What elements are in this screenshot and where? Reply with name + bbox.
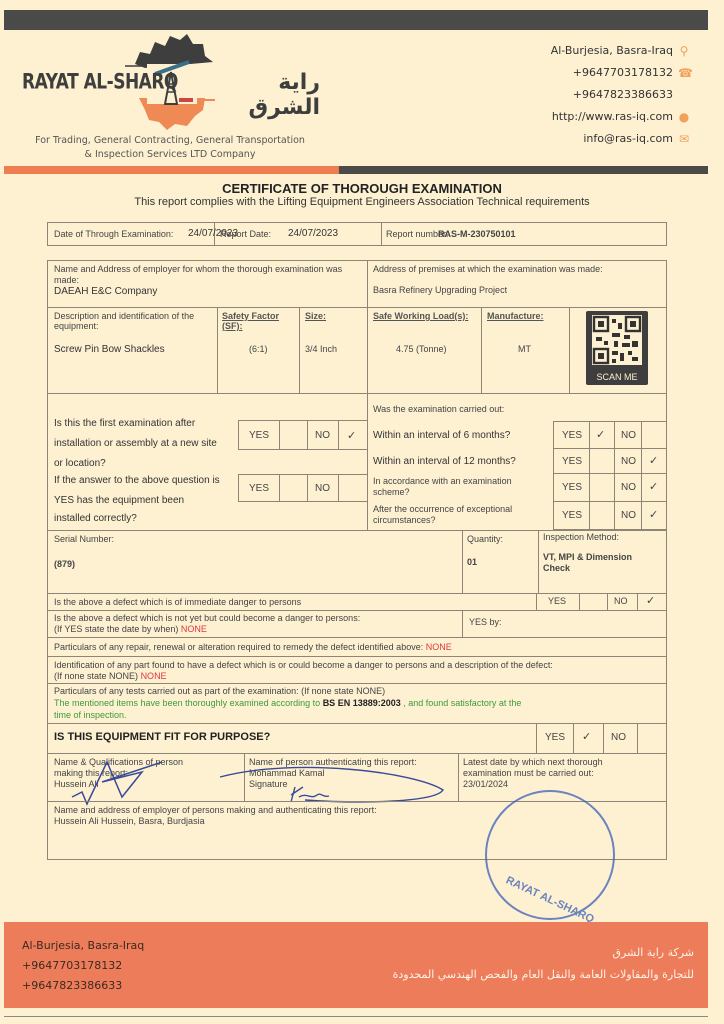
repair-value: NONE (426, 642, 452, 652)
equipment-desc-label-2: equipment: (54, 321, 99, 332)
company-tagline: For Trading, General Contracting, Genera… (20, 134, 320, 162)
first-exam-question-2: installation or assembly at a new site (54, 438, 217, 450)
premises-label: Address of premises at which the examina… (373, 264, 603, 275)
location-pin-icon: ⚲ (678, 45, 690, 57)
size-value: 3/4 Inch (305, 344, 337, 355)
next-exam-date: 23/01/2024 (463, 779, 508, 790)
certificate-subtitle: This report complies with the Lifting Eq… (0, 196, 724, 208)
manufacture-label: Manufacture: (487, 311, 544, 322)
header-top-bar (4, 10, 708, 30)
next-exam-label-2: examination must be carried out: (463, 768, 594, 779)
fit-no-label: NO (611, 732, 626, 743)
12-months-yes-label: YES (562, 456, 582, 467)
swl-value: 4.75 (Tonne) (396, 344, 447, 355)
quantity-value: 01 (467, 557, 477, 568)
report-date-label: Report Date: (220, 229, 271, 240)
6-months-no-label: NO (621, 430, 636, 441)
footer-arabic-company-name: شركة راية الشرق للتجارة والمقاولات العام… (393, 942, 694, 986)
first-exam-question-3: or location? (54, 458, 106, 470)
exceptional-no-checkbox[interactable]: ✓ (649, 508, 658, 521)
contact-address: Al-Burjesia, Basra-Iraq ⚲ (551, 40, 690, 62)
footer-contact: Al-Burjesia, Basra-Iraq +9647703178132 +… (22, 936, 144, 996)
report-number-value: RAS-M-230750101 (438, 229, 516, 240)
employer-of-persons-label: Name and address of employer of persons … (54, 805, 377, 816)
immediate-danger-yes-label: YES (548, 596, 566, 606)
inspection-method-value-2: Check (543, 563, 570, 574)
repair-particulars: Particulars of any repair, renewal or al… (54, 642, 452, 653)
carried-out-item-exceptional-1: After the occurrence of exceptional (373, 504, 512, 515)
contact-email[interactable]: info@ras-iq.com ✉ (551, 128, 690, 150)
tests-result-text: The mentioned items have been thoroughly… (54, 698, 521, 709)
fit-yes-checkbox[interactable]: ✓ (582, 730, 591, 743)
future-danger-question: Is the above a defect which is not yet b… (54, 613, 360, 624)
company-logo: RAYAT AL-SHARQ راية الشرق (20, 34, 320, 134)
employer-label-2: made: (54, 275, 79, 286)
safety-factor-value: (6:1) (249, 344, 268, 355)
future-danger-value: NONE (181, 624, 207, 634)
12-months-no-label: NO (621, 456, 636, 467)
6-months-yes-label: YES (562, 430, 582, 441)
scheme-no-checkbox[interactable]: ✓ (649, 480, 658, 493)
6-months-yes-checkbox[interactable]: ✓ (596, 428, 605, 441)
scheme-no-label: NO (621, 482, 636, 493)
next-exam-label-1: Latest date by which next thorough (463, 757, 603, 768)
carried-out-item-12-months: Within an interval of 12 months? (373, 456, 516, 468)
swl-label: Safe Working Load(s): (373, 311, 468, 322)
tests-particulars-label: Particulars of any tests carried out as … (54, 686, 385, 697)
carried-out-item-scheme-1: In accordance with an examination (373, 476, 512, 487)
inspection-method-label: Inspection Method: (543, 532, 619, 543)
safety-factor-label-2: (SF): (222, 321, 243, 332)
tagline-line-2: & Inspection Services LTD Company (20, 148, 320, 162)
first-exam-no-label: NO (315, 430, 330, 441)
carried-out-item-scheme-2: scheme? (373, 487, 410, 498)
footer-arabic-line-2: للتجارة والمقاولات العامة والنقل العام و… (393, 964, 694, 986)
quantity-label: Quantity: (467, 534, 503, 545)
telephone-icon: ☎ (678, 67, 690, 79)
tests-standard: BS EN 13889:2003 (323, 698, 401, 708)
inspection-method-value-1: VT, MPI & Dimension (543, 552, 632, 563)
carried-out-item-exceptional-2: circumstances? (373, 515, 436, 526)
header-contact-list: Al-Burjesia, Basra-Iraq ⚲ +9647703178132… (551, 40, 690, 150)
immediate-danger-question: Is the above a defect which is of immedi… (54, 597, 301, 608)
employer-value: DAEAH E&C Company (54, 286, 157, 298)
qr-code[interactable]: SCAN ME (586, 311, 648, 385)
future-danger-instruction: (If YES state the date by when) NONE (54, 624, 207, 635)
contact-phone-2[interactable]: +9647823386633 (551, 84, 690, 106)
serial-number-label: Serial Number: (54, 534, 114, 545)
fit-for-purpose-question: IS THIS EQUIPMENT FIT FOR PURPOSE? (54, 732, 270, 743)
page-bottom-line (4, 1016, 708, 1017)
envelope-icon: ✉ (678, 133, 690, 145)
premises-value: Basra Refinery Upgrading Project (373, 285, 507, 296)
qr-scan-label: SCAN ME (586, 372, 648, 382)
size-label: Size: (305, 311, 326, 322)
exam-date-label: Date of Through Examination: (54, 229, 173, 240)
contact-phone-1[interactable]: +9647703178132 ☎ (551, 62, 690, 84)
defect-identification-value: NONE (141, 671, 167, 681)
spacer (678, 89, 690, 101)
first-exam-yes-label: YES (249, 430, 269, 441)
defect-identification-instruction: (If none state NONE) NONE (54, 671, 167, 682)
certificate-title: CERTIFICATE OF THOROUGH EXAMINATION (0, 181, 724, 196)
header-divider-bar (339, 166, 708, 174)
qr-code-icon (592, 315, 642, 365)
exceptional-yes-label: YES (562, 510, 582, 521)
installed-correctly-question-2: YES has the equipment been (54, 495, 184, 507)
carried-out-item-6-months: Within an interval of 6 months? (373, 430, 510, 442)
carried-out-heading: Was the examination carried out: (373, 404, 504, 415)
yes-by-label: YES by: (469, 617, 502, 628)
footer-band: Al-Burjesia, Basra-Iraq +9647703178132 +… (4, 922, 708, 1008)
12-months-no-checkbox[interactable]: ✓ (649, 454, 658, 467)
fit-yes-label: YES (545, 732, 565, 743)
employer-of-persons-value: Hussein Ali Hussein, Basra, Burdjasia (54, 816, 205, 827)
first-exam-no-checkbox[interactable]: ✓ (347, 429, 356, 442)
report-date-value: 24/07/2023 (288, 228, 338, 240)
logo-arabic-name: راية الشرق (208, 70, 320, 120)
employer-label-1: Name and Address of employer for whom th… (54, 264, 342, 275)
immediate-danger-no-checkbox[interactable]: ✓ (646, 594, 655, 607)
installed-correctly-question-3: installed correctly? (54, 513, 137, 525)
defect-identification-question: Identification of any part found to have… (54, 660, 553, 671)
logo-english-name: RAYAT AL-SHARQ (22, 70, 178, 95)
footer-address: Al-Burjesia, Basra-Iraq (22, 936, 144, 956)
installed-yes-label: YES (249, 483, 269, 494)
equipment-description: Screw Pin Bow Shackles (54, 344, 165, 356)
globe-icon: ● (678, 111, 690, 123)
manufacture-value: MT (518, 344, 531, 355)
installed-no-label: NO (315, 483, 330, 494)
serial-number-value: (879) (54, 559, 75, 570)
installed-correctly-question-1: If the answer to the above question is (54, 475, 220, 487)
stamp-text: RAYAT AL-SHARQ (504, 874, 596, 925)
contact-website[interactable]: http://www.ras-iq.com ● (551, 106, 690, 128)
maker-signature-icon (62, 752, 172, 812)
footer-arabic-line-1: شركة راية الشرق (393, 942, 694, 964)
footer-phone-2[interactable]: +9647823386633 (22, 976, 144, 996)
header-accent-bar (4, 166, 339, 174)
scheme-yes-label: YES (562, 482, 582, 493)
first-exam-question-1: Is this the first examination after (54, 418, 195, 430)
footer-phone-1[interactable]: +9647703178132 (22, 956, 144, 976)
immediate-danger-no-label: NO (614, 596, 628, 606)
tagline-line-1: For Trading, General Contracting, Genera… (20, 134, 320, 148)
company-stamp: RAYAT AL-SHARQ (485, 790, 615, 920)
tests-result-text-2: time of inspection. (54, 710, 127, 721)
exceptional-no-label: NO (621, 510, 636, 521)
